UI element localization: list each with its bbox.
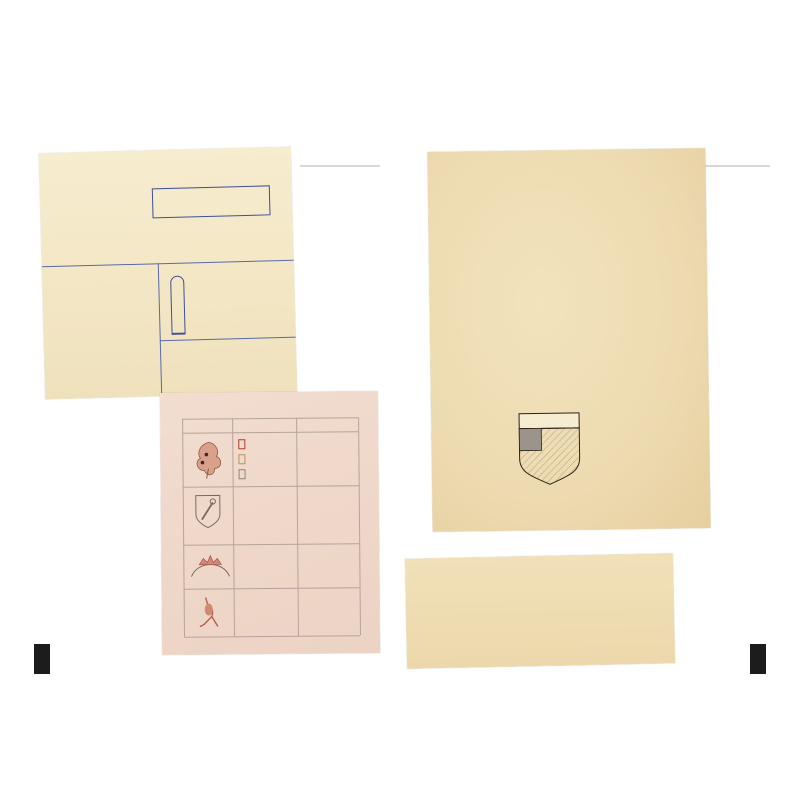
document-verso-fragment: [405, 553, 675, 669]
unit-marker-red: [238, 439, 245, 449]
header-rule-left: [300, 165, 380, 167]
crown-arch-emblem-icon: [187, 550, 233, 582]
page-number-right: [750, 644, 766, 674]
document-georgians-letter: [427, 148, 710, 532]
georgian-badge: [517, 412, 582, 487]
boxed-note: [152, 185, 271, 218]
document-munitions-note: [39, 147, 297, 400]
header-rule-right: [700, 165, 770, 167]
page-number-left: [34, 644, 50, 674]
shield-badge-icon: [517, 412, 582, 487]
unit-marker-ochre: [238, 454, 245, 464]
key-shield-emblem-icon: [193, 492, 223, 530]
grid-line: [358, 417, 361, 635]
grid-line: [182, 417, 358, 420]
grid-line: [184, 587, 360, 590]
unit-marker-grey: [239, 469, 246, 479]
grid-line: [184, 635, 360, 638]
grid-line: [183, 543, 359, 546]
divider: [158, 263, 162, 396]
grid-line: [182, 431, 358, 434]
oak-leaf-emblem-icon: [190, 438, 226, 480]
document-totems-table: [160, 391, 380, 655]
chamois-emblem-icon: [194, 594, 224, 632]
column-header-location: [299, 419, 357, 420]
shell-drawing: [170, 276, 186, 335]
grid-line: [296, 418, 299, 636]
divider: [160, 337, 296, 342]
divider: [42, 260, 294, 268]
grid-line: [183, 485, 359, 488]
grid-line: [182, 419, 185, 637]
grid-line: [232, 418, 235, 636]
book-spread: [0, 0, 800, 800]
